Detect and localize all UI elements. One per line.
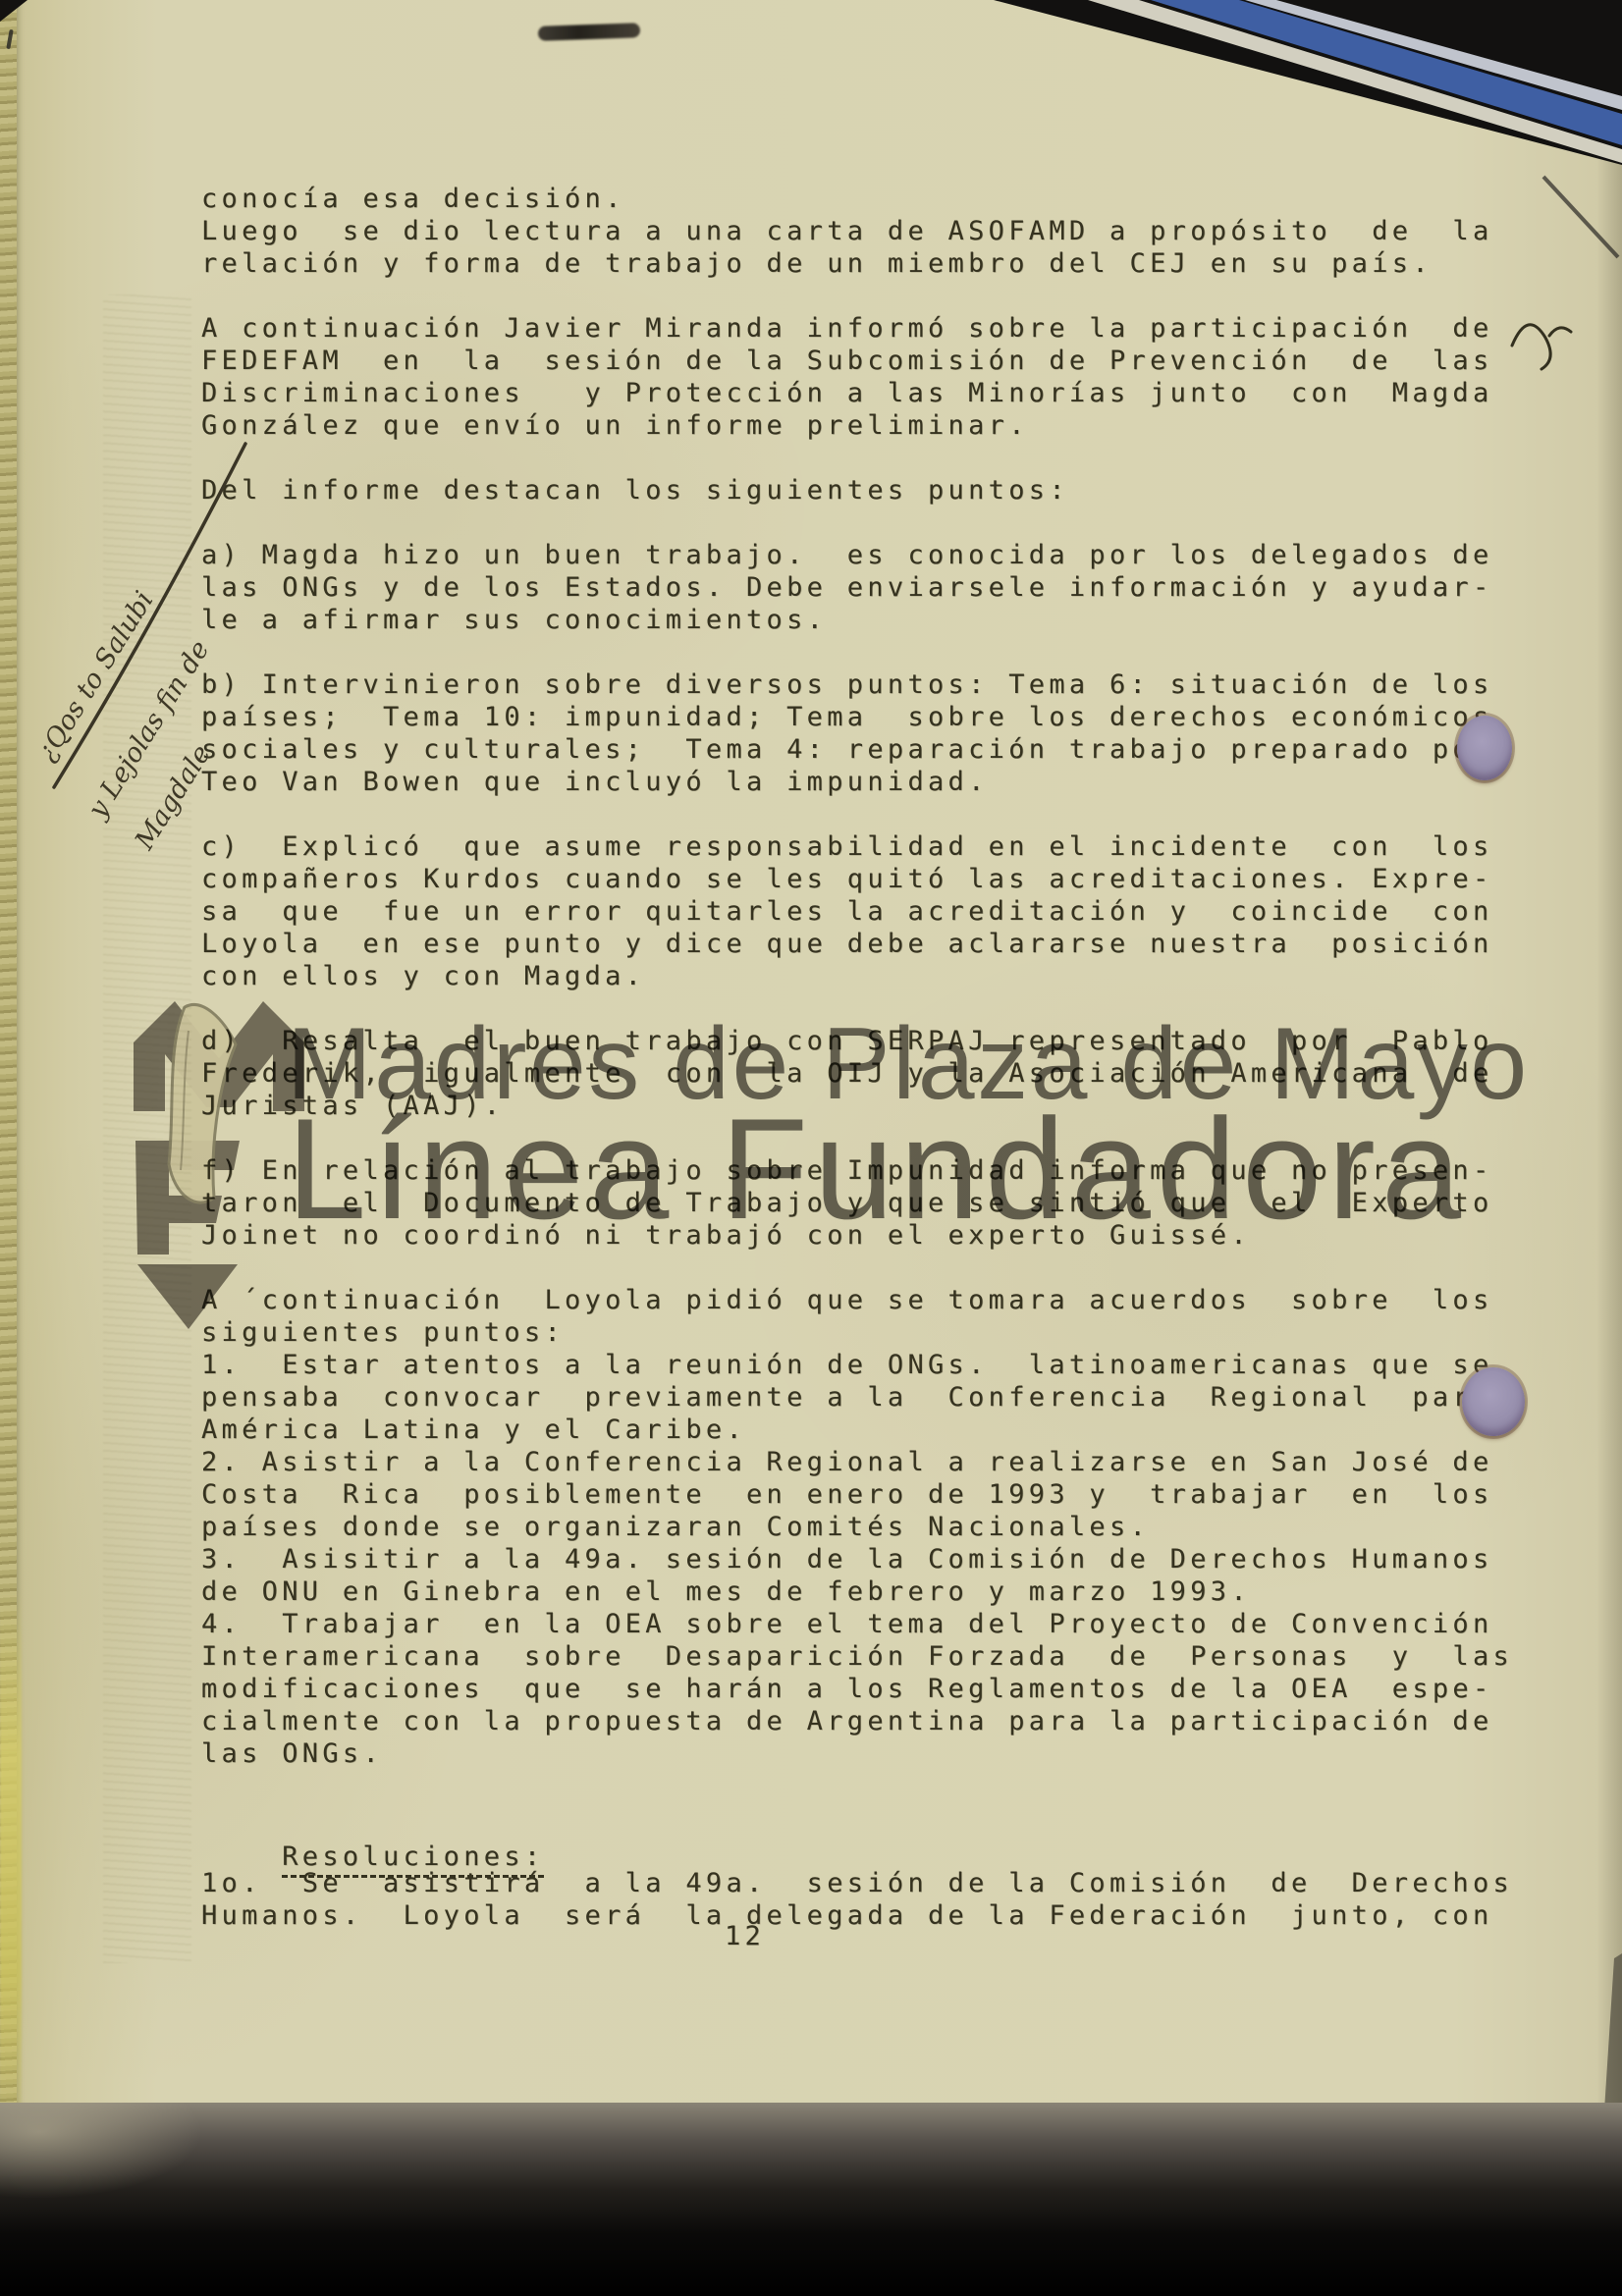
right-edge-smudge (1604, 1953, 1622, 2110)
handwritten-squiggle (1512, 325, 1571, 369)
bottom-scan-band (0, 2103, 1622, 2296)
hole-punch-top (1457, 716, 1512, 780)
scanned-document-page: conocía esa decisión. Luego se dio lectu… (0, 0, 1622, 2296)
scan-artifacts-layer (0, 0, 1622, 2296)
pen-stroke (54, 444, 245, 787)
hole-punch-bottom (1462, 1367, 1525, 1436)
top-right-corner-artifact (994, 0, 1622, 257)
top-left-corner-mark (0, 0, 27, 22)
